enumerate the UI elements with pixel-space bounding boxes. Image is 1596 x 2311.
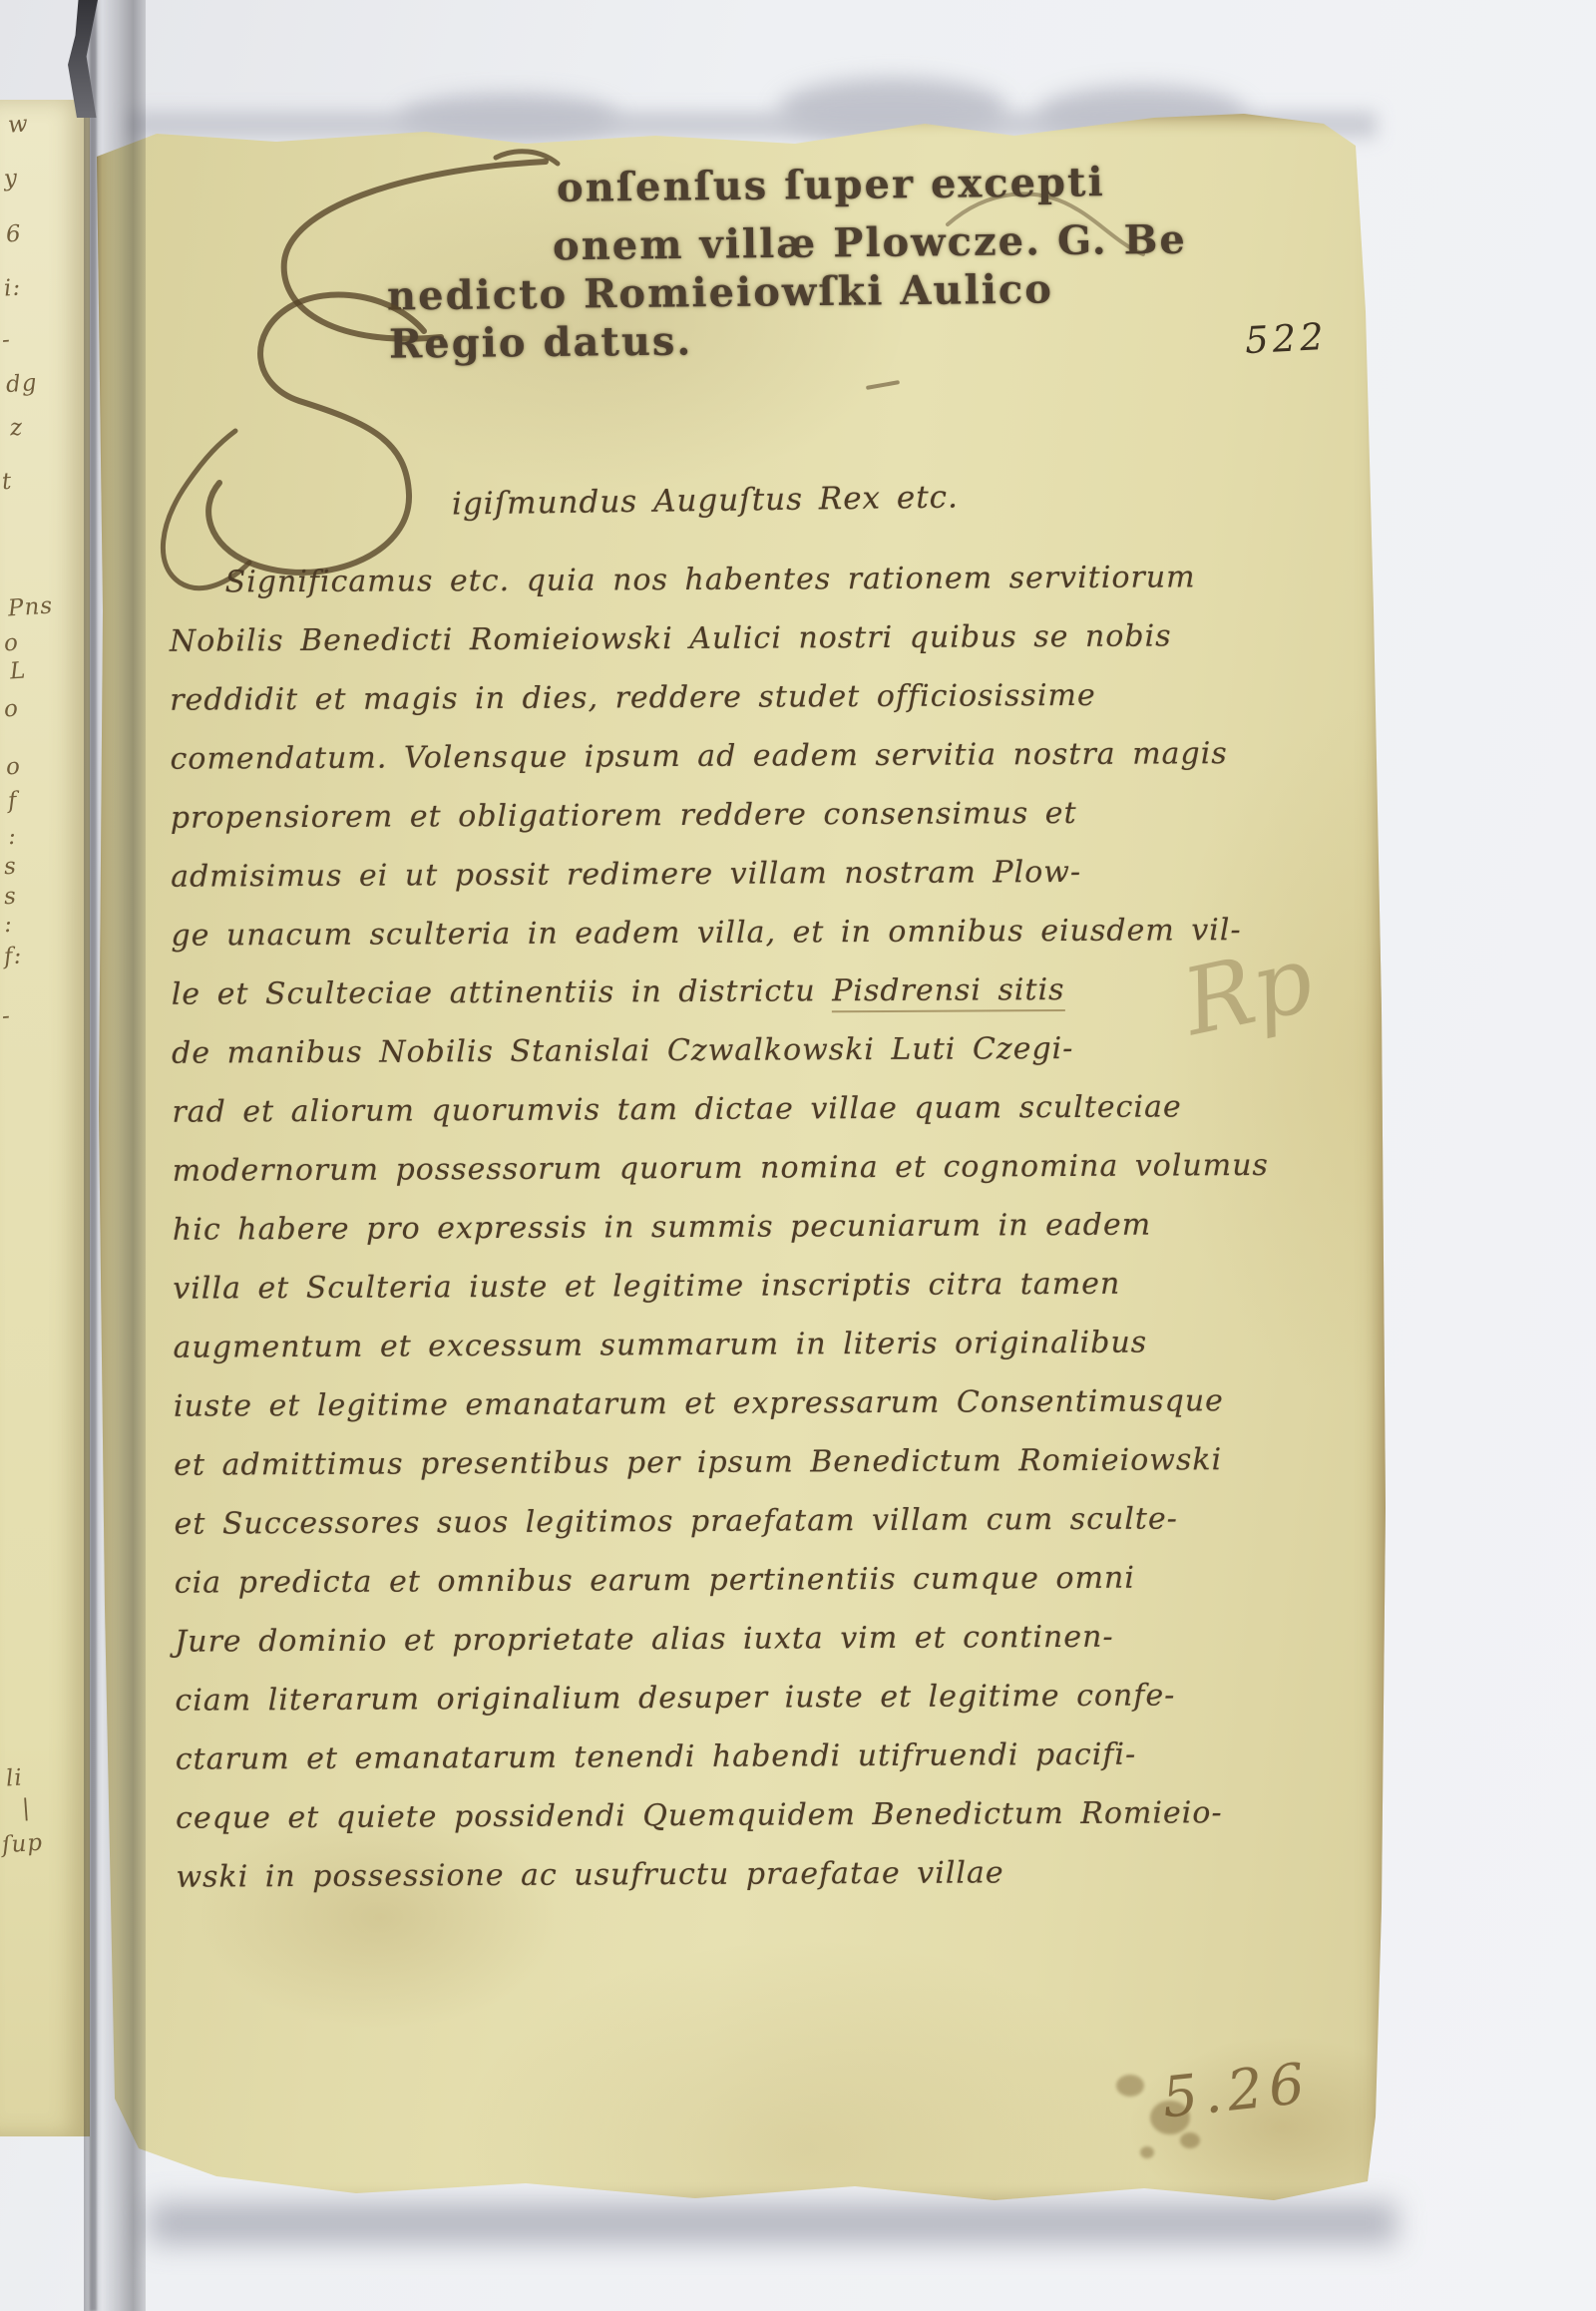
body-line-text: Significamus etc. quia nos habentes rati… — [225, 560, 1196, 599]
page-bottom-shadow — [150, 2202, 1396, 2244]
body-line-text: reddidit et magis in dies, reddere stude… — [170, 678, 1096, 718]
left-edge-fragment: o — [5, 754, 22, 781]
heading-line: onſenſus ſuper excepti — [557, 159, 1105, 211]
body-line-text: modernorum possessorum quorum nomina et … — [173, 1148, 1269, 1189]
left-edge-fragment: s — [3, 884, 18, 911]
left-edge-fragment: : — [7, 824, 18, 851]
body-line: Nobilis Benedicti Romieiowski Aulici nos… — [170, 606, 1197, 670]
body-line: ceque et quiete possidendi Quemquidem Be… — [176, 1783, 1203, 1847]
left-edge-fragment: - — [1, 327, 12, 354]
body-line-text: ceque et quiete possidendi Quemquidem Be… — [176, 1795, 1223, 1835]
heading-line: onem villæ Plowcze. G. Be — [553, 216, 1187, 270]
body-line: admisimus ei ut possit redimere villam n… — [171, 842, 1198, 906]
ink-blot — [1180, 2132, 1200, 2148]
body-line-text: hic habere pro expressis in summis pecun… — [173, 1208, 1151, 1248]
left-edge-fragment: dg — [5, 370, 38, 398]
body-line-text: ciam literarum originalium desuper iuste… — [175, 1678, 1175, 1718]
body-line-text: Nobilis Benedicti Romieiowski Aulici nos… — [170, 618, 1172, 658]
body-line-text: ge unacum sculteria in eadem villa, et i… — [171, 913, 1241, 954]
left-edge-fragment: - — [1, 1003, 12, 1030]
body-line-text: augmentum et excessum summarum in literi… — [174, 1326, 1148, 1365]
left-edge-fragment: | — [21, 1795, 32, 1822]
body-line-text: comendatum. Volensque ipsum ad eadem ser… — [170, 736, 1227, 777]
ink-blot — [1116, 2075, 1144, 2097]
body-line: reddidit et magis in dies, reddere stude… — [170, 665, 1197, 729]
left-edge-fragment: w — [7, 111, 29, 138]
underlined-place-name: Pisdrensi sitis — [832, 972, 1065, 1012]
body-line: Significamus etc. quia nos habentes rati… — [169, 548, 1196, 611]
ink-blot — [1140, 2146, 1154, 2158]
body-line: propensiorem et obligatiorem reddere con… — [171, 783, 1198, 847]
body-line: iuste et legitime emanatarum et expressa… — [174, 1371, 1201, 1435]
left-edge-fragment: o — [3, 630, 20, 657]
body-line-text: et admittimus presentibus per ipsum Bene… — [174, 1442, 1222, 1483]
body-line: et Successores suos legitimos praefatam … — [174, 1489, 1201, 1553]
left-edge-fragment: y — [3, 166, 19, 193]
body-line: Jure dominio et proprietate alias iuxta … — [175, 1607, 1202, 1671]
left-edge-fragment: i: — [3, 274, 22, 301]
body-line-text: cia predicta et omnibus earum pertinenti… — [175, 1561, 1135, 1601]
body-line: ctarum et emanatarum tenendi habendi uti… — [176, 1725, 1203, 1788]
photograph-background: { "document": { "heading": { "initial": … — [0, 0, 1596, 2311]
left-edge-fragment: 6 — [5, 220, 22, 247]
left-edge-fragment: ſup — [1, 1830, 44, 1859]
left-edge-fragment: f — [7, 788, 18, 815]
body-line-text: propensiorem et obligatiorem reddere con… — [171, 796, 1077, 836]
body-line-text: rad et aliorum quorumvis tam dictae vill… — [172, 1089, 1181, 1129]
body-line-text: villa et Sculteria iuste et legitime ins… — [173, 1267, 1120, 1307]
folio-number: 522 — [1244, 315, 1329, 362]
facing-page-edge: wy6i:-dgztPnsoLoof:ss:f:-li|ſup — [0, 100, 90, 2136]
body-line: cia predicta et omnibus earum pertinenti… — [175, 1548, 1202, 1612]
pen-dash-mark — [866, 380, 900, 390]
body-line: et admittimus presentibus per ipsum Bene… — [174, 1430, 1201, 1494]
body-line-text: Jure dominio et proprietate alias iuxta … — [175, 1620, 1114, 1660]
body-line-text: wski in possessione ac usufructu praefat… — [176, 1855, 1003, 1894]
body-line-text: de manibus Nobilis Stanislai Czwalkowski… — [172, 1031, 1073, 1071]
body-line: hic habere pro expressis in summis pecun… — [173, 1195, 1200, 1259]
left-edge-fragment: t — [1, 469, 13, 496]
left-edge-fragment: z — [9, 415, 24, 442]
body-line: augmentum et excessum summarum in literi… — [173, 1313, 1200, 1376]
left-edge-fragment: o — [3, 696, 20, 723]
left-edge-fragment: L — [9, 657, 27, 684]
left-edge-fragment: : — [3, 912, 14, 939]
body-line: villa et Sculteria iuste et legitime ins… — [173, 1254, 1200, 1318]
left-edge-fragment: f: — [3, 943, 23, 969]
body-line-text: ctarum et emanatarum tenendi habendi uti… — [176, 1737, 1137, 1777]
body-line-text: iuste et legitime emanatarum et expressa… — [174, 1383, 1224, 1424]
salutation-line: igiſmundus Auguſtus Rex etc. — [452, 479, 959, 522]
body-line-text: admisimus ei ut possit redimere villam n… — [171, 855, 1081, 895]
manuscript-page: onſenſus ſuper exceptionem villæ Plowcze… — [97, 112, 1386, 2211]
body-line: rad et aliorum quorumvis tam dictae vill… — [172, 1077, 1199, 1141]
body-line: le et Sculteciae attinentiis in district… — [172, 960, 1199, 1023]
left-edge-fragment: li — [5, 1764, 23, 1791]
body-line: wski in possessione ac usufructu praefat… — [176, 1842, 1203, 1906]
bottom-right-number: 5.26 — [1159, 2051, 1314, 2130]
body-line: ciam literarum originalium desuper iuste… — [175, 1666, 1202, 1730]
body-line: de manibus Nobilis Stanislai Czwalkowski… — [172, 1018, 1199, 1082]
body-line: modernorum possessorum quorum nomina et … — [173, 1136, 1200, 1200]
body-line-text: le et Sculteciae attinentiis in district… — [172, 973, 833, 1011]
left-edge-fragment: s — [3, 854, 18, 881]
body-line: comendatum. Volensque ipsum ad eadem ser… — [170, 724, 1197, 788]
body-line-text: et Successores suos legitimos praefatam … — [174, 1501, 1177, 1541]
body-text: Significamus etc. quia nos habentes rati… — [169, 548, 1203, 1906]
left-edge-fragment: Pns — [7, 592, 54, 621]
glass-holder-highlight — [90, 0, 97, 2311]
body-line: ge unacum sculteria in eadem villa, et i… — [171, 901, 1198, 964]
